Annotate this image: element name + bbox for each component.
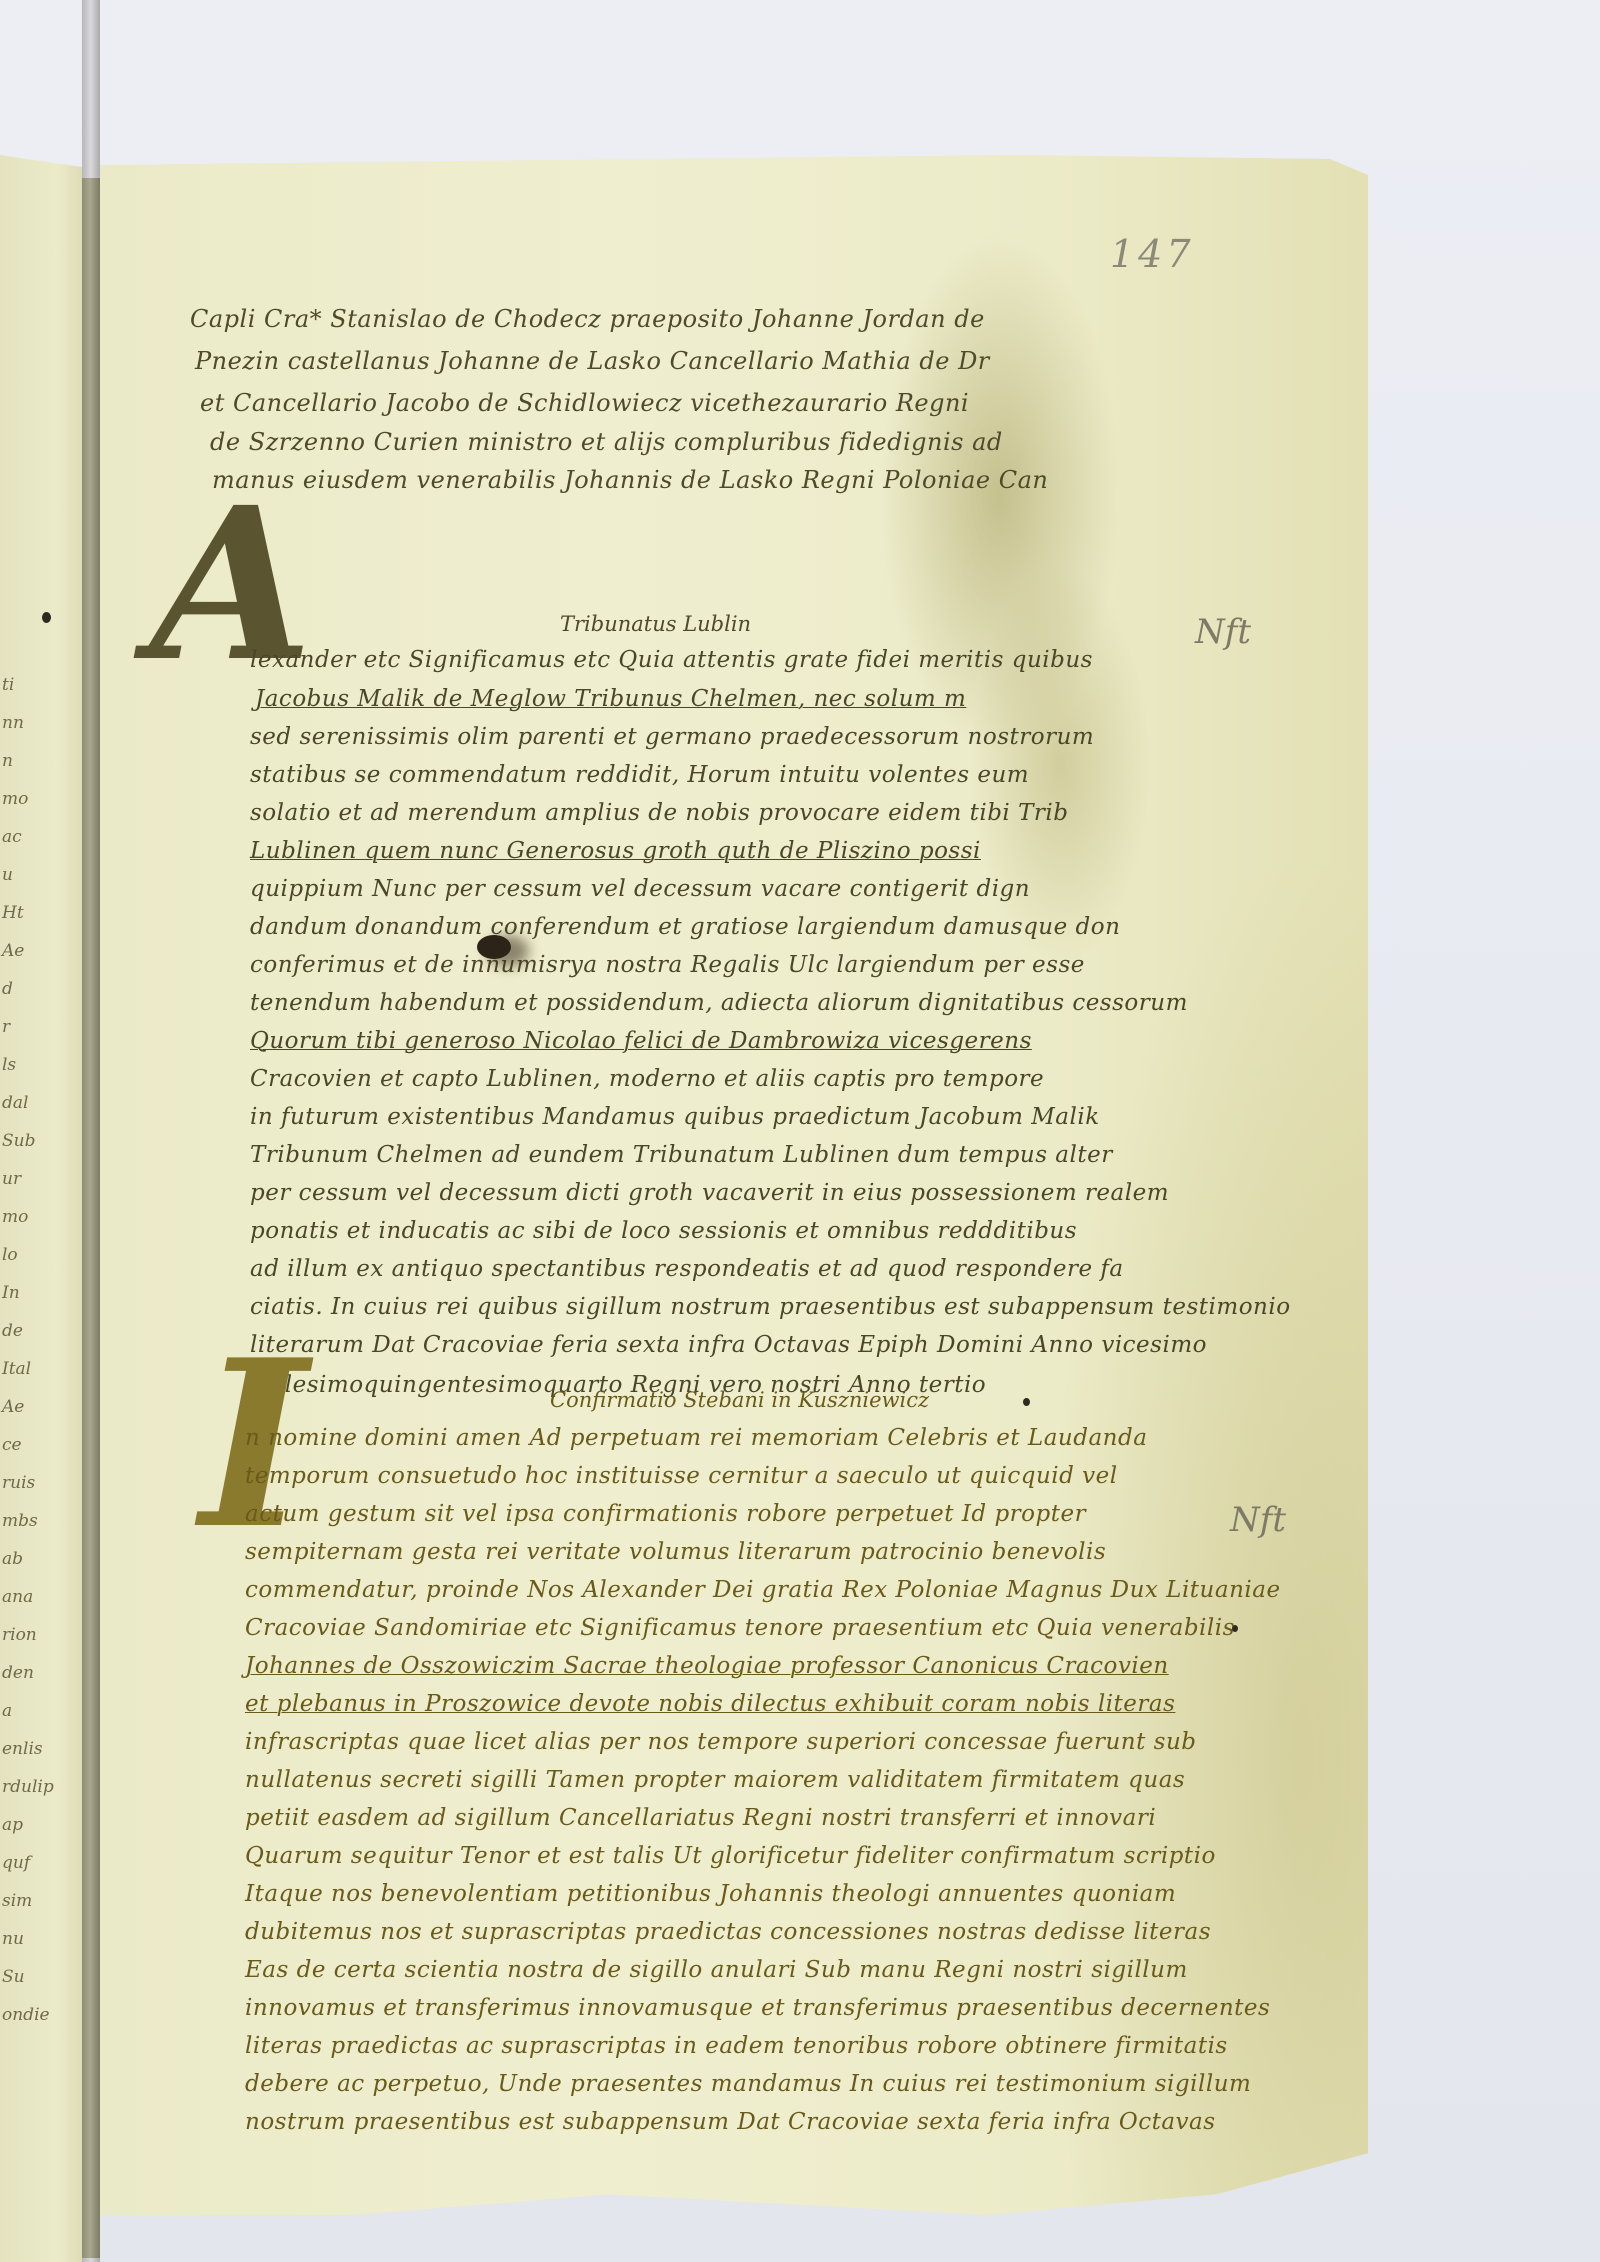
ink-blot [477,935,511,959]
facing-page-fragment: n [2,751,13,771]
facing-page-fragment: quf [2,1853,30,1873]
text-line: Eas de certa scientia nostra de sigillo … [245,1957,1188,1983]
text-line: conferimus et de innumisrya nostra Regal… [250,952,1085,978]
marginal-note: Nft [1230,1500,1286,1540]
facing-page-fragment: In [2,1283,20,1303]
text-line: Lublinen quem nunc Generosus groth quth … [250,838,981,864]
text-line: debere ac perpetuo, Unde praesentes mand… [245,2071,1251,2097]
facing-page-fragment: dal [2,1093,28,1113]
text-line: dubitemus nos et suprascriptas praedicta… [245,1919,1211,1945]
text-line: petiit easdem ad sigillum Cancellariatus… [245,1805,1156,1831]
facing-page-fragment: mbs [2,1511,38,1531]
entry-heading: Tribunatus Lublin [560,612,751,636]
text-line: literas praedictas ac suprascriptas in e… [245,2033,1228,2059]
text-line: nullatenus secreti sigilli Tamen propter… [245,1767,1185,1793]
facing-page-fragment: sim [2,1891,32,1911]
text-line: ad illum ex antiquo spectantibus respond… [250,1256,1124,1282]
facing-page-fragment: nu [2,1929,24,1949]
text-line: Quarum sequitur Tenor et est talis Ut gl… [245,1843,1216,1869]
text-line: statibus se commendatum reddidit, Horum … [250,762,1029,788]
text-line: Johannes de Osszowiczim Sacrae theologia… [245,1653,1169,1679]
facing-page-text: tinnnmoacuHtAedrlsdalSuburmoloIndeItalAe… [0,155,82,2262]
ink-spot [42,612,51,623]
facing-page-fragment: ana [2,1587,33,1607]
text-line: innovamus et transferimus innovamusque e… [245,1995,1270,2021]
text-line: commendatur, proinde Nos Alexander Dei g… [245,1577,1281,1603]
facing-page-fragment: mo [2,1207,28,1227]
facing-page-fragment: ap [2,1815,23,1835]
facing-page-fragment: den [2,1663,34,1683]
ink-spot [1232,1625,1238,1632]
text-line: et plebanus in Proszowice devote nobis d… [245,1691,1175,1717]
facing-page-fragment: u [2,865,13,885]
facing-page-fragment: enlis [2,1739,43,1759]
text-line: dandum donandum conferendum et gratiose … [250,914,1120,940]
entry-heading: Confirmatio Stebani in Kuszniewicz [550,1388,929,1412]
text-line: nostrum praesentibus est subappensum Dat… [245,2109,1216,2135]
text-line: et Cancellario Jacobo de Schidlowiecz vi… [200,389,969,417]
facing-page-fragment: Ae [2,941,24,961]
facing-page-fragment: ondie [2,2005,50,2025]
text-line: per cessum vel decessum dicti groth vaca… [250,1180,1169,1206]
text-line: temporum consuetudo hoc instituisse cern… [245,1463,1118,1489]
facing-page-fragment: ls [2,1055,16,1075]
facing-page-fragment: ab [2,1549,23,1569]
text-line: ponatis et inducatis ac sibi de loco ses… [250,1218,1077,1244]
facing-page-fragment: ac [2,827,22,847]
text-line: Pnezin castellanus Johanne de Lasko Canc… [195,347,990,375]
facing-page-fragment: nn [2,713,24,733]
facing-page-fragment: lo [2,1245,18,1265]
text-line: sempiternam gesta rei veritate volumus l… [245,1539,1106,1565]
text-line: literarum Dat Cracoviae feria sexta infr… [250,1332,1207,1358]
facing-page-fragment: d [2,979,13,999]
text-line: quippium Nunc per cessum vel decessum va… [250,876,1030,902]
text-line: de Szrzenno Curien ministro et alijs com… [210,428,1003,456]
text-line: Quorum tibi generoso Nicolao felici de D… [250,1028,1032,1054]
facing-page-fragment: de [2,1321,23,1341]
text-line: tenendum habendum et possidendum, adiect… [250,990,1188,1016]
facing-page-fragment: rdulip [2,1777,54,1797]
text-line: Capli Cra* Stanislao de Chodecz praeposi… [190,305,985,333]
gutter-shadow [82,178,100,2258]
text-line: Itaque nos benevolentiam petitionibus Jo… [245,1881,1176,1907]
facing-page-fragment: r [2,1017,10,1037]
ink-spot [1023,1398,1030,1406]
marginal-note: Nft [1195,612,1251,652]
facing-page-fragment: Sub [2,1131,35,1151]
text-line: Cracovien et capto Lublinen, moderno et … [250,1066,1044,1092]
facing-page-fragment: rion [2,1625,37,1645]
text-line: actum gestum sit vel ipsa confirmationis… [245,1501,1086,1527]
facing-page-fragment: ce [2,1435,22,1455]
facing-page-fragment: Ht [2,903,24,923]
text-line: lexander etc Significamus etc Quia atten… [250,647,1093,673]
facing-page-fragment: Ital [2,1359,31,1379]
facing-page-fragment: ruis [2,1473,35,1493]
facing-page-left: tinnnmoacuHtAedrlsdalSuburmoloIndeItalAe… [0,155,82,2262]
facing-page-fragment: Su [2,1967,25,1987]
facing-page-fragment: mo [2,789,28,809]
text-line: in futurum existentibus Mandamus quibus … [250,1104,1100,1130]
text-line: solatio et ad merendum amplius de nobis … [250,800,1069,826]
facing-page-fragment: a [2,1701,12,1721]
text-line: infrascriptas quae licet alias per nos t… [245,1729,1197,1755]
text-line: Tribunum Chelmen ad eundem Tribunatum Lu… [250,1142,1113,1168]
facing-page-fragment: Ae [2,1397,24,1417]
text-line: ciatis. In cuius rei quibus sigillum nos… [250,1294,1291,1320]
facing-page-fragment: ur [2,1169,21,1189]
text-line: n nomine domini amen Ad perpetuam rei me… [245,1425,1147,1451]
text-line: Cracoviae Sandomiriae etc Significamus t… [245,1615,1235,1641]
text-line: manus eiusdem venerabilis Johannis de La… [212,466,1048,494]
text-line: Jacobus Malik de Meglow Tribunus Chelmen… [255,686,966,712]
folio-number: 147 [1110,232,1195,276]
text-line: sed serenissimis olim parenti et germano… [250,724,1094,750]
facing-page-fragment: ti [2,675,14,695]
